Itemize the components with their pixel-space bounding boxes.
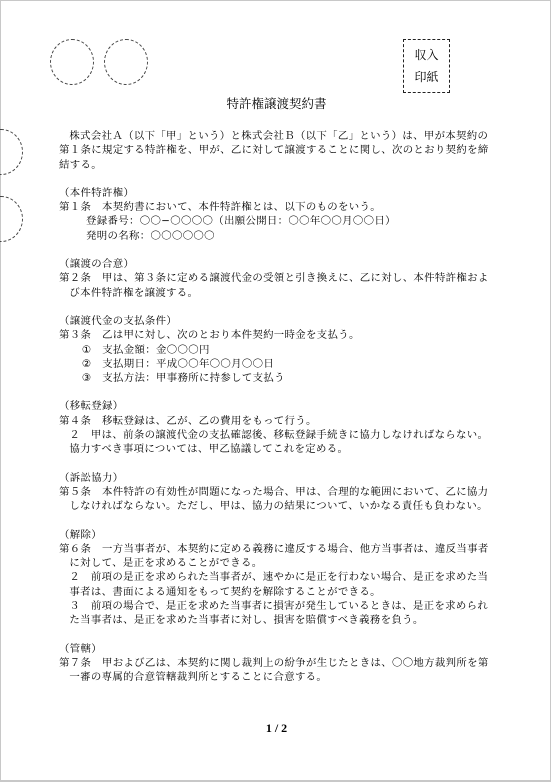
page-number: 1 / 2 xyxy=(1,721,551,736)
document-body: 株式会社Ａ（以下「甲」という）と株式会社Ｂ（以下「乙」という）は、甲が本契約の第… xyxy=(67,129,492,685)
article-text: 第５条 本件特許の有効性が問題になった場合、甲は、合理的な範囲において、乙に協力… xyxy=(59,485,492,514)
article-heading: （譲渡の合意） xyxy=(59,257,492,271)
seal-circle-2 xyxy=(104,39,148,85)
article-heading: （譲渡代金の支払条件） xyxy=(59,314,492,328)
punch-hole-1 xyxy=(0,129,23,175)
article-text: 第１条 本契約書において、本件特許権とは、以下のものをいう。 xyxy=(59,200,492,214)
article-text: 第２条 甲は、第３条に定める譲渡代金の受領と引き換えに、乙に対し、本件特許権およ… xyxy=(59,271,492,300)
payment-item-date: ② 支払期日：平成〇〇年〇〇月〇〇日 xyxy=(59,357,492,371)
preamble: 株式会社Ａ（以下「甲」という）と株式会社Ｂ（以下「乙」という）は、甲が本契約の第… xyxy=(59,129,492,172)
article-text: 第３条 乙は甲に対し、次のとおり本件契約一時金を支払う。 xyxy=(59,328,492,342)
article-paragraph: ３ 前項の場合で、是正を求めた当事者に損害が発生しているときは、是正を求められた… xyxy=(59,599,492,628)
article-1: （本件特許権） 第１条 本契約書において、本件特許権とは、以下のものをいう。 登… xyxy=(59,186,492,243)
article-heading: （本件特許権） xyxy=(59,186,492,200)
article-7: （管轄） 第７条 甲および乙は、本契約に関し裁判上の紛争が生じたときは、〇〇地方… xyxy=(59,642,492,685)
payment-item-amount: ① 支払金額：金〇〇〇円 xyxy=(59,343,492,357)
document-page: 収入 印紙 特許権譲渡契約書 株式会社Ａ（以下「甲」という）と株式会社Ｂ（以下「… xyxy=(0,0,551,782)
article-text: 第４条 移転登録は、乙が、乙の費用をもって行う。 xyxy=(59,414,492,428)
article-heading: （管轄） xyxy=(59,642,492,656)
article-item: 発明の名称：〇〇〇〇〇〇 xyxy=(59,229,492,243)
article-5: （訴訟協力） 第５条 本件特許の有効性が問題になった場合、甲は、合理的な範囲にお… xyxy=(59,471,492,514)
payment-item-method: ③ 支払方法：甲事務所に持参して支払う xyxy=(59,371,492,385)
stamp-label-line1: 収入 xyxy=(404,44,449,66)
article-heading: （移転登録） xyxy=(59,399,492,413)
document-title: 特許権譲渡契約書 xyxy=(1,94,551,112)
article-paragraph: ２ 甲は、前条の譲渡代金の支払確認後、移転登録手続きに協力しなければならない。協… xyxy=(59,428,492,457)
punch-hole-2 xyxy=(0,196,23,242)
article-2: （譲渡の合意） 第２条 甲は、第３条に定める譲渡代金の受領と引き換えに、乙に対し… xyxy=(59,257,492,300)
article-6: （解除） 第６条 一方当事者が、本契約に定める義務に違反する場合、他方当事者は、… xyxy=(59,528,492,628)
article-heading: （解除） xyxy=(59,528,492,542)
article-item: 登録番号：〇〇−〇〇〇〇（出願公開日：〇〇年〇〇月〇〇日） xyxy=(59,214,492,228)
revenue-stamp-box: 収入 印紙 xyxy=(403,39,450,93)
article-paragraph: ２ 前項の是正を求められた当事者が、速やかに是正を行わない場合、是正を求めた当事… xyxy=(59,570,492,599)
seal-circle-1 xyxy=(50,39,94,85)
article-heading: （訴訟協力） xyxy=(59,471,492,485)
article-4: （移転登録） 第４条 移転登録は、乙が、乙の費用をもって行う。 ２ 甲は、前条の… xyxy=(59,399,492,456)
stamp-label-line2: 印紙 xyxy=(404,66,449,88)
article-text: 第６条 一方当事者が、本契約に定める義務に違反する場合、他方当事者は、違反当事者… xyxy=(59,542,492,571)
article-3: （譲渡代金の支払条件） 第３条 乙は甲に対し、次のとおり本件契約一時金を支払う。… xyxy=(59,314,492,385)
article-text: 第７条 甲および乙は、本契約に関し裁判上の紛争が生じたときは、〇〇地方裁判所を第… xyxy=(59,656,492,685)
